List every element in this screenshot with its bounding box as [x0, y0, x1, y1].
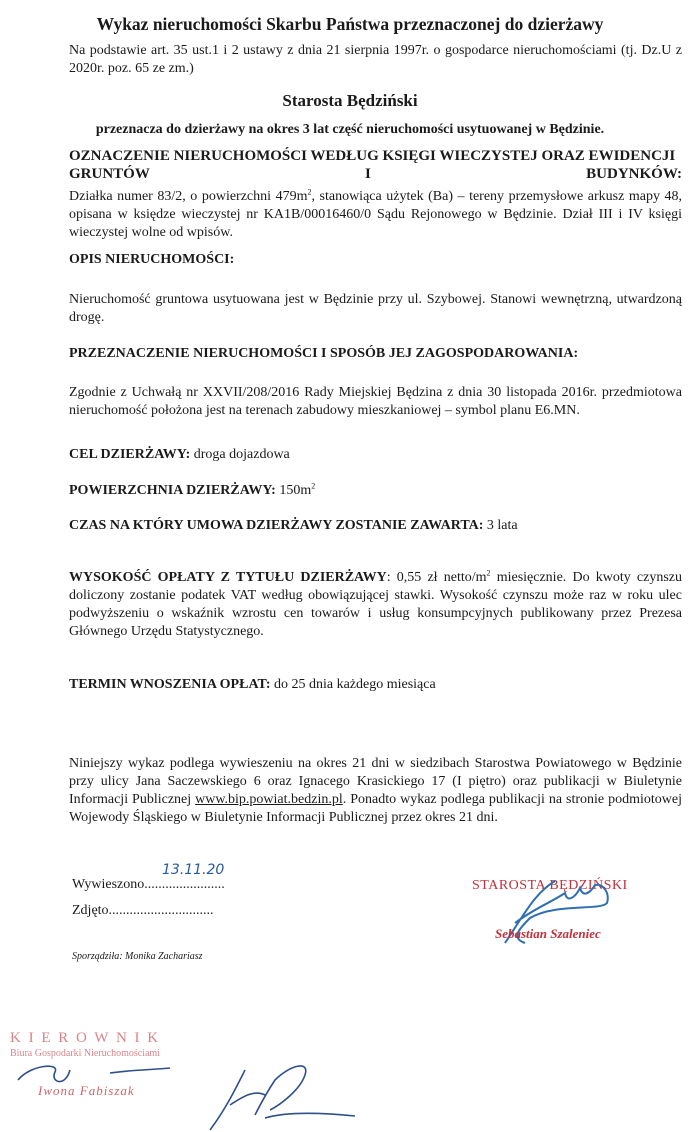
wywieszono-field: Wywieszono....................... [72, 877, 225, 893]
powierzchnia-dzierzawy: POWIERZCHNIA DZIERŻAWY: 150m2 [69, 482, 682, 500]
przeznaczenie-text: Zgodnie z Uchwałą nr XXVII/208/2016 Rady… [69, 384, 682, 420]
cel-dzierzawy: CEL DZIERŻAWY: droga dojazdowa [69, 446, 682, 464]
kierownik-dept: Biura Gospodarki Nieruchomościami [10, 1048, 160, 1059]
prepared-by: Sporządziła: Monika Zachariasz [72, 951, 203, 962]
kierownik-title: K I E R O W N I K [10, 1030, 160, 1047]
oznaczenie-text: Działka numer 83/2, o powierzchni 479m2,… [69, 188, 682, 242]
bip-link[interactable]: www.bip.powiat.bedzin.pl [195, 792, 343, 807]
legal-basis: Na podstawie art. 35 ust.1 i 2 ustawy z … [69, 42, 682, 78]
handwritten-date: 13.11.20 [162, 862, 224, 878]
opis-heading: OPIS NIERUCHOMOŚCI: [69, 251, 682, 269]
signature-kierownik-2 [195, 1050, 355, 1132]
oplata-text: WYSOKOŚĆ OPŁATY Z TYTUŁU DZIERŻAWY: 0,55… [69, 569, 682, 641]
czas-dzierzawy: CZAS NA KTÓRY UMOWA DZIERŻAWY ZOSTANIE Z… [69, 517, 682, 535]
purpose-line: przeznacza do dzierżawy na okres 3 lat c… [0, 122, 700, 138]
oznaczenie-heading: OZNACZENIE NIERUCHOMOŚCI WEDŁUG KSIĘGI W… [69, 147, 682, 183]
document-title: Wykaz nieruchomości Skarbu Państwa przez… [0, 14, 700, 35]
termin-oplat: TERMIN WNOSZENIA OPŁAT: do 25 dnia każde… [69, 676, 682, 694]
stamp-name: Sebastian Szaleniec [495, 926, 601, 942]
publication-text: Niniejszy wykaz podlega wywieszeniu na o… [69, 755, 682, 827]
zdjeto-field: Zdjęto.............................. [72, 903, 214, 919]
kierownik-name: Iwona Fabiszak [38, 1083, 135, 1099]
issuer: Starosta Będziński [0, 91, 700, 111]
przeznaczenie-heading: PRZEZNACZENIE NIERUCHOMOŚCI I SPOSÓB JEJ… [69, 345, 682, 363]
opis-text: Nieruchomość gruntowa usytuowana jest w … [69, 291, 682, 327]
